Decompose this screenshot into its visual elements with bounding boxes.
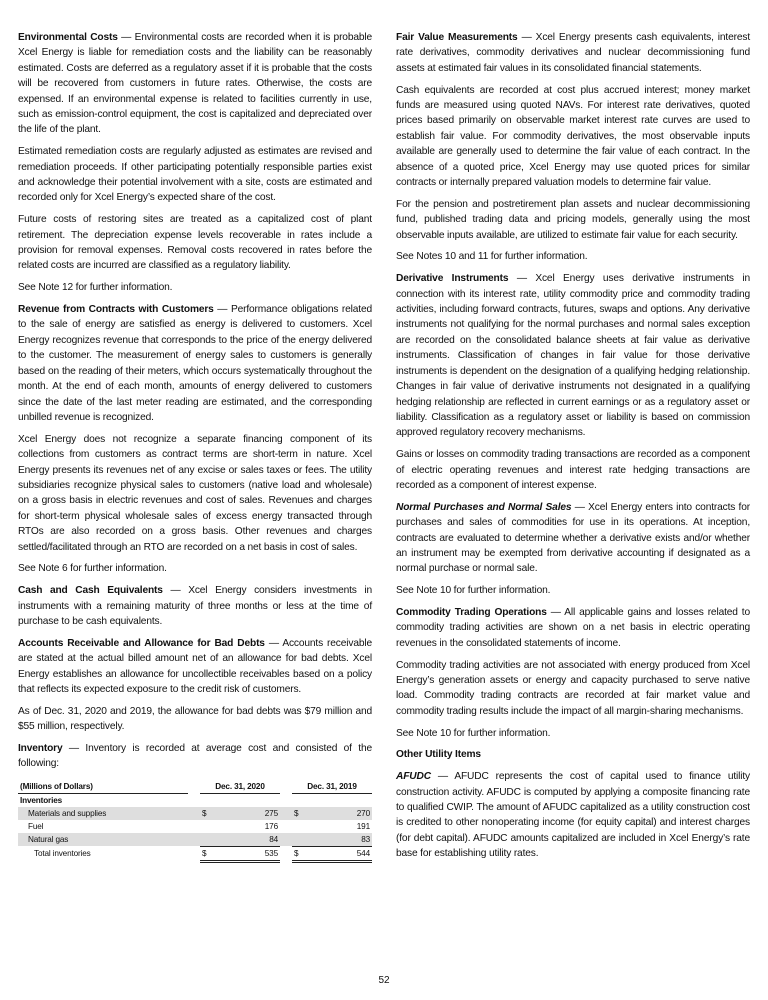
- column-header-2020: Dec. 31, 2020: [200, 780, 280, 794]
- afudc-heading: AFUDC: [396, 771, 431, 782]
- fair-value-see-note: See Notes 10 and 11 for further informat…: [396, 249, 750, 264]
- fair-value-heading: Fair Value Measurements: [396, 32, 518, 43]
- commodity-trading-p1: Commodity Trading Operations — All appli…: [396, 605, 750, 651]
- total-2020: 535: [216, 846, 280, 861]
- value-2020: 84: [216, 833, 280, 847]
- inventory-p1: Inventory — Inventory is recorded at ave…: [18, 741, 372, 772]
- right-column: Fair Value Measurements — Xcel Energy pr…: [396, 30, 750, 868]
- page-number: 52: [0, 975, 768, 986]
- row-label: Natural gas: [18, 833, 188, 847]
- table-row: Natural gas 84 83: [18, 833, 372, 847]
- table-row: Fuel 176 191: [18, 820, 372, 833]
- normal-purchases-p1: Normal Purchases and Normal Sales — Xcel…: [396, 500, 750, 577]
- value-2020: 275: [216, 807, 280, 820]
- inventory-table: (Millions of Dollars) Dec. 31, 2020 Dec.…: [18, 780, 372, 863]
- section-label: Inventories: [18, 793, 188, 807]
- left-column: Environmental Costs — Environmental cost…: [18, 30, 372, 863]
- environmental-costs-heading: Environmental Costs: [18, 32, 118, 43]
- section-row: Inventories: [18, 793, 372, 807]
- fair-value-p3: For the pension and postretirement plan …: [396, 197, 750, 243]
- receivables-heading: Accounts Receivable and Allowance for Ba…: [18, 638, 265, 649]
- total-label: Total inventories: [18, 846, 188, 861]
- commodity-trading-p2: Commodity trading activities are not ass…: [396, 658, 750, 720]
- environmental-costs-p1: Environmental Costs — Environmental cost…: [18, 30, 372, 138]
- value-2019: 191: [308, 820, 372, 833]
- normal-purchases-heading: Normal Purchases and Normal Sales: [396, 502, 571, 513]
- revenue-see-note: See Note 6 for further information.: [18, 561, 372, 576]
- currency-symbol: $: [200, 807, 216, 820]
- commodity-trading-heading: Commodity Trading Operations: [396, 607, 547, 618]
- value-2019: 270: [308, 807, 372, 820]
- table-row: Materials and supplies $ 275 $ 270: [18, 807, 372, 820]
- row-label: Materials and supplies: [18, 807, 188, 820]
- row-label: Fuel: [18, 820, 188, 833]
- revenue-p2: Xcel Energy does not recognize a separat…: [18, 432, 372, 555]
- fair-value-p2: Cash equivalents are recorded at cost pl…: [396, 83, 750, 191]
- cash-p1: Cash and Cash Equivalents — Xcel Energy …: [18, 583, 372, 629]
- fair-value-p1: Fair Value Measurements — Xcel Energy pr…: [396, 30, 750, 76]
- table-header-row: (Millions of Dollars) Dec. 31, 2020 Dec.…: [18, 780, 372, 794]
- column-header-2019: Dec. 31, 2019: [292, 780, 372, 794]
- environmental-costs-p2: Estimated remediation costs are regularl…: [18, 144, 372, 206]
- currency-symbol: $: [292, 807, 308, 820]
- value-2020: 176: [216, 820, 280, 833]
- unit-header: (Millions of Dollars): [18, 780, 188, 794]
- normal-purchases-see-note: See Note 10 for further information.: [396, 583, 750, 598]
- derivatives-p1: Derivative Instruments — Xcel Energy use…: [396, 271, 750, 440]
- inventory-heading: Inventory: [18, 743, 63, 754]
- receivables-p1: Accounts Receivable and Allowance for Ba…: [18, 636, 372, 698]
- value-2019: 83: [308, 833, 372, 847]
- revenue-p1: Revenue from Contracts with Customers — …: [18, 302, 372, 425]
- environmental-costs-see-note: See Note 12 for further information.: [18, 280, 372, 295]
- receivables-p2: As of Dec. 31, 2020 and 2019, the allowa…: [18, 704, 372, 735]
- derivatives-p2: Gains or losses on commodity trading tra…: [396, 447, 750, 493]
- total-2019: 544: [308, 846, 372, 861]
- derivatives-heading: Derivative Instruments: [396, 273, 508, 284]
- total-row: Total inventories $ 535 $ 544: [18, 846, 372, 861]
- revenue-heading: Revenue from Contracts with Customers: [18, 304, 214, 315]
- environmental-costs-p3: Future costs of restoring sites are trea…: [18, 212, 372, 274]
- currency-symbol: $: [292, 846, 308, 861]
- commodity-trading-see-note: See Note 10 for further information.: [396, 726, 750, 741]
- afudc-p1: AFUDC — AFUDC represents the cost of cap…: [396, 769, 750, 861]
- cash-heading: Cash and Cash Equivalents: [18, 585, 163, 596]
- currency-symbol: $: [200, 846, 216, 861]
- other-utility-items-heading: Other Utility Items: [396, 747, 750, 762]
